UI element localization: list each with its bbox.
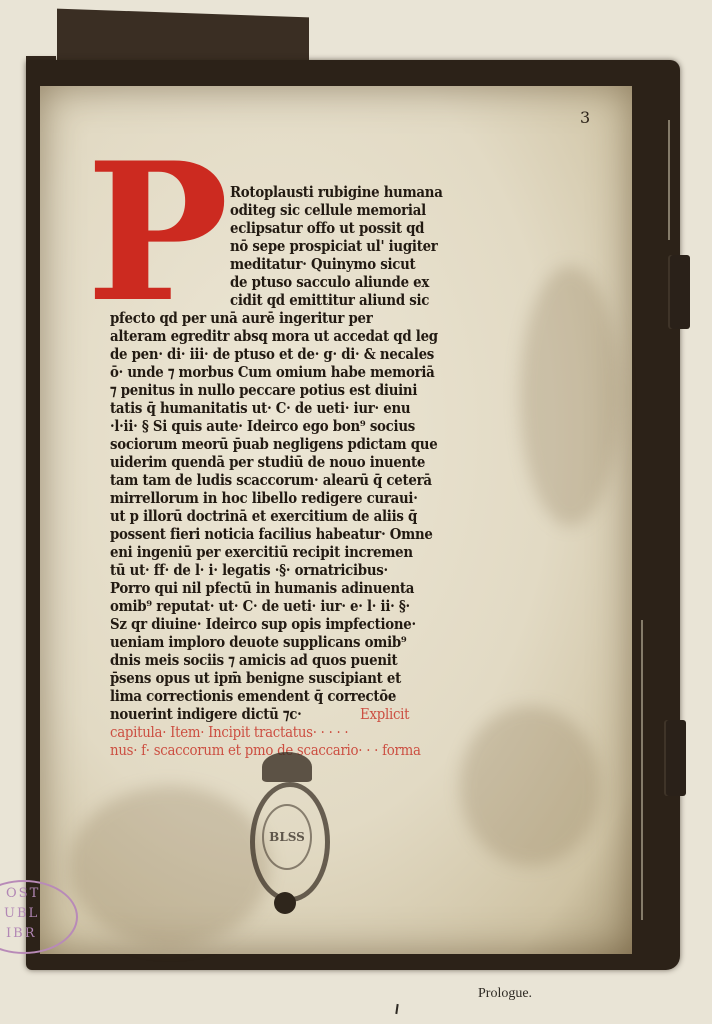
text-line: de pen· di· iii· de ptuso et de· g· di· … [110,346,434,364]
text-line: oditeg sic cellule memorial [230,202,426,220]
text-line: tū ut· ff· de l· i· legatis ·§· ornatric… [110,562,388,580]
text-line: nouerint indigere dictū ⁊c· [110,706,301,724]
text-line: tatis q̄ humanitatis ut· C· de ueti· iur… [110,400,410,418]
binding-strap-highlight [668,120,670,240]
stain [70,786,270,946]
binding-clasp-bottom [664,720,686,796]
binding-clasp-top [668,255,690,329]
stain [460,706,600,866]
text-line: ueniam imploro deuote supplicans omib⁹ [110,634,406,652]
text-line: Rotoplausti rubigine humana [230,184,443,202]
text-line: pfecto qd per unā aurē ingeritur per [110,310,372,328]
text-line: Sz qr diuine· Ideirco sup opis impfectio… [110,616,416,634]
text-line: eclipsatur offo ut possit qd [230,220,424,238]
initial-letter: P [86,138,229,328]
text-line: de ptuso sacculo aliunde ex [230,274,429,292]
seal-pendant [274,892,296,914]
text-line: sociorum meorū p̄uab negligens pdictam q… [110,436,437,454]
crowned-library-seal: BLSS [248,752,328,917]
text-line: omib⁹ reputat· ut· C· de ueti· iur· e· l… [110,598,410,616]
book-plate: 3 P Rotoplausti rubigine humana oditeg s… [0,0,712,1024]
text-line: nō sepe prospiciat ul' iugiter [230,238,438,256]
decorated-initial: P [86,152,236,322]
rubric-text: Explicit [360,706,409,724]
text-line: uiderim quendā per studiū de nouo inuent… [110,454,425,472]
plate-caption: Prologue. [478,986,532,1002]
binding-strap-highlight [641,620,643,920]
stamp-line: UBL [4,906,39,921]
rubric-line: capitula· Item· Incipit tractatus· · · ·… [110,724,348,742]
text-line: cidit qd emittitur aliund sic [230,292,429,310]
text-line: p̄sens opus ut ipm̄ benigne suscipiant e… [110,670,401,688]
text-line: possent fieri noticia facilius habeatur·… [110,526,433,544]
seal-center: BLSS [262,804,312,870]
text-line: Porro qui nil pfectū in humanis adinuent… [110,580,414,598]
text-line: alteram egreditr absq mora ut accedat qd… [110,328,438,346]
text-line: ut p illorū doctrinā et exercitium de al… [110,508,417,526]
stamp-line: IBR [6,926,36,941]
stamp-line: OST [6,886,40,901]
text-line: dnis meis sociis ⁊ amicis ad quos puenit [110,652,397,670]
text-line: ⁊ penitus in nullo peccare potius est di… [110,382,417,400]
text-line: tam tam de ludis scaccorum· alearū q̄ ce… [110,472,432,490]
folio-mark: 3 [580,108,590,127]
text-line: lima correctionis emendent q̄ correctōe [110,688,396,706]
text-line: eni ingeniū per exercitiū recipit increm… [110,544,413,562]
printer-mark [395,1004,398,1014]
crown-icon [262,752,312,782]
text-line: ·l·ii· § Si quis aute· Ideirco ego bon⁹ … [110,418,415,436]
text-line: meditatur· Quinymo sicut [230,256,415,274]
stain [520,266,620,526]
text-line: ō· unde ⁊ morbus Cum omium habe memoriā [110,364,435,382]
text-line: mirrellorum in hoc libello redigere cura… [110,490,418,508]
